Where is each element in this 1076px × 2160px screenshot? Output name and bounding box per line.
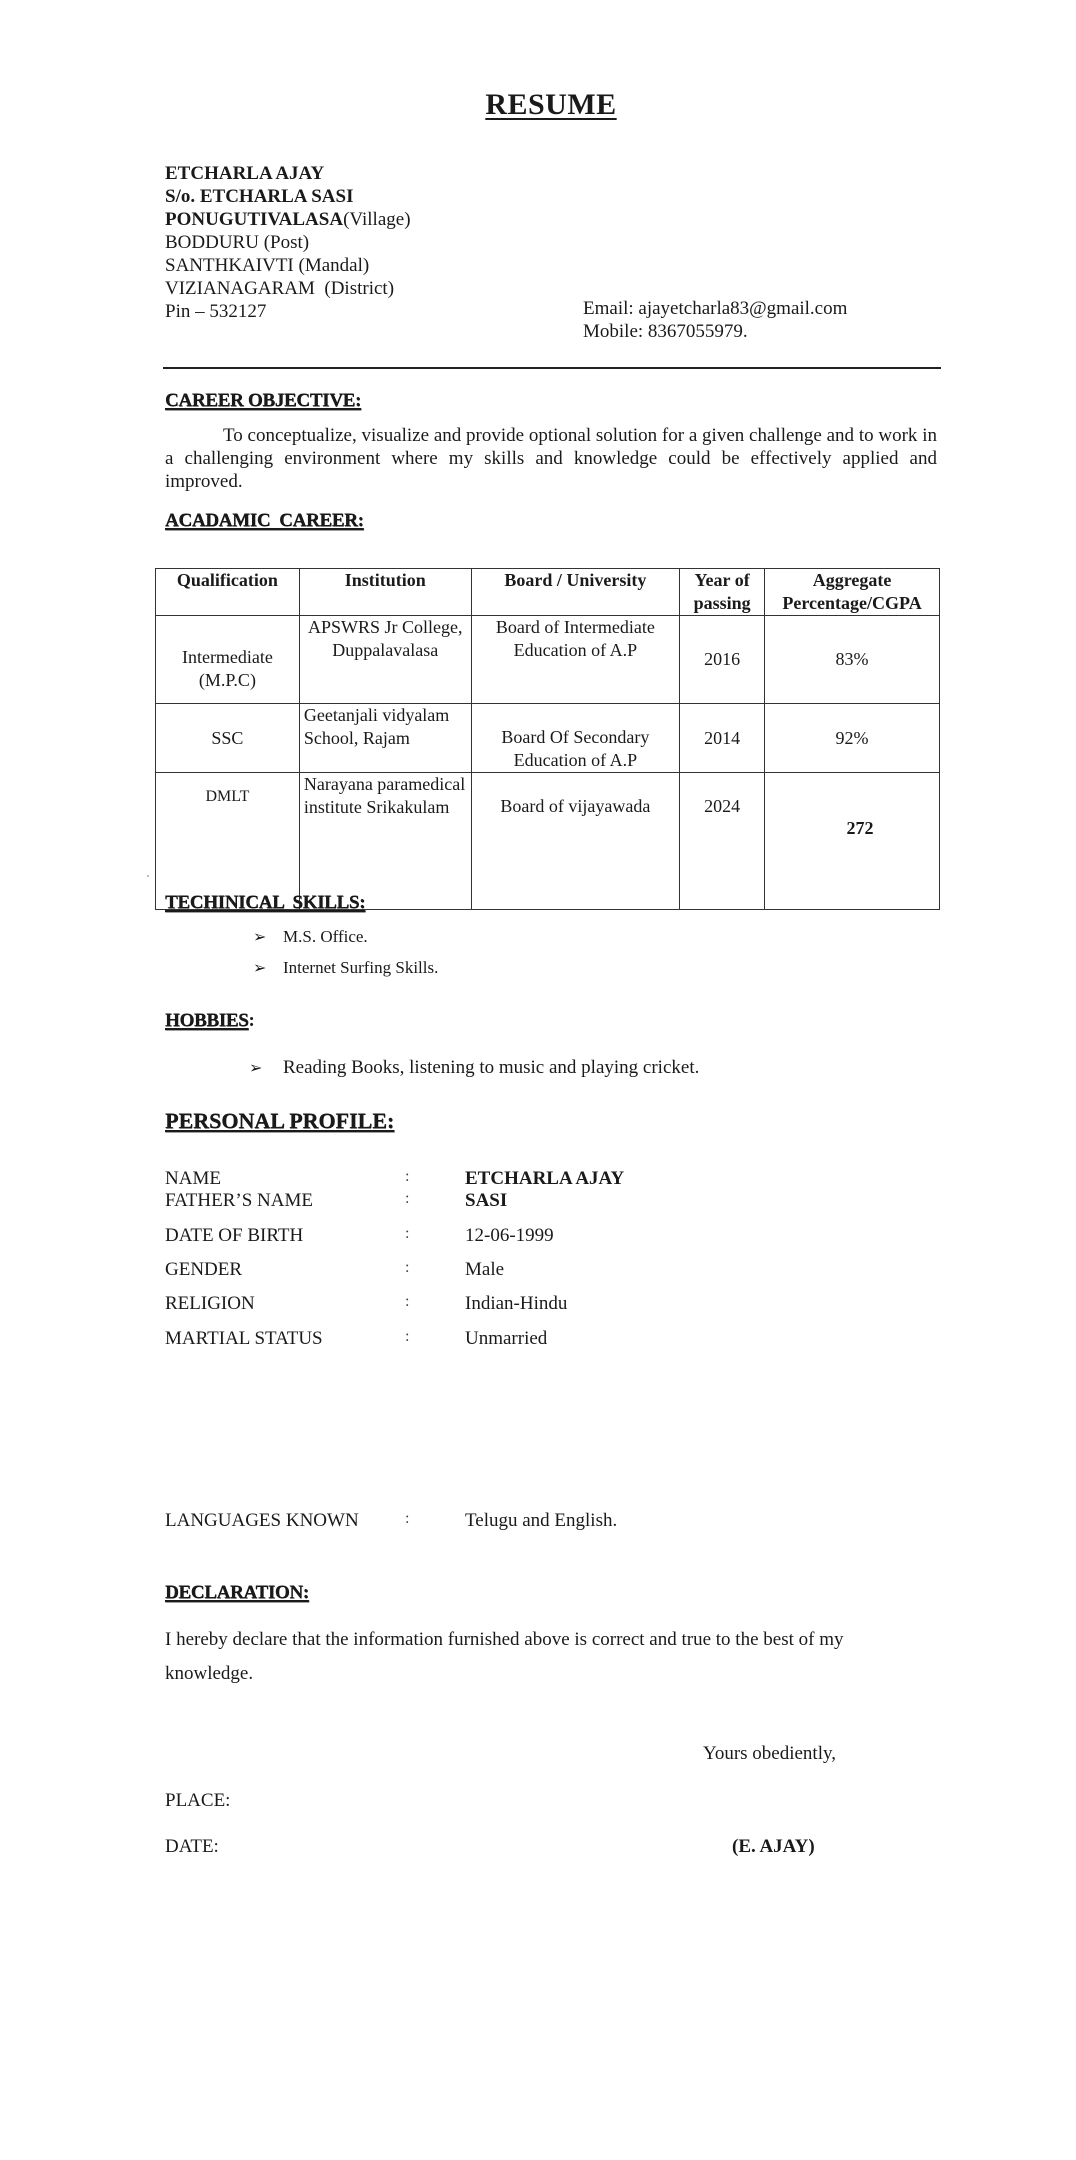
profile-row-languages: LANGUAGES KNOWN : Telugu and English. xyxy=(165,1510,617,1532)
contact-block: Email: ajayetcharla83@gmail.com Mobile: … xyxy=(583,297,847,343)
profile-row-name: NAME : ETCHARLA AJAY xyxy=(165,1168,624,1190)
field-label: MARTIAL STATUS xyxy=(165,1328,405,1350)
institution-cell: Narayana paramedical institute Srikakula… xyxy=(299,773,471,910)
qualification-cell: SSC xyxy=(156,704,300,773)
village-name: PONUGUTIVALASA xyxy=(165,209,343,230)
column-header: Aggregate Percentage/CGPA xyxy=(765,569,940,616)
field-label: NAME xyxy=(165,1168,405,1190)
arrow-bullet-icon: ➢ xyxy=(249,1058,283,1078)
column-header: Year of passing xyxy=(680,569,765,616)
year-cell: 2016 xyxy=(680,616,765,704)
date-label: DATE: xyxy=(165,1836,219,1858)
hobbies-heading: HOBBIES xyxy=(165,1010,248,1031)
table-row: DMLT Narayana paramedical institute Srik… xyxy=(156,773,940,910)
profile-row-father-name: FATHER’S NAME : SASI xyxy=(165,1190,507,1212)
pin-line: Pin – 532127 xyxy=(165,300,411,323)
field-value: Indian-Hindu xyxy=(465,1293,567,1315)
career-objective-text: To conceptualize, visualize and provide … xyxy=(165,424,937,493)
declaration-text-line2: knowledge. xyxy=(165,1663,253,1685)
father-name: S/o. ETCHARLA SASI xyxy=(165,185,411,208)
column-header: Institution xyxy=(299,569,471,616)
skill-text: Internet Surfing Skills. xyxy=(283,958,438,978)
field-label: RELIGION xyxy=(165,1293,405,1315)
signature-name: (E. AJAY) xyxy=(732,1836,815,1858)
board-cell: Board of vijayawada xyxy=(471,773,680,910)
mobile: Mobile: 8367055979. xyxy=(583,320,847,343)
declaration-heading: DECLARATION: xyxy=(165,1582,309,1604)
objective-body: To conceptualize, visualize and provide … xyxy=(165,425,937,492)
institution-cell: Geetanjali vidyalam School, Rajam xyxy=(299,704,471,773)
qualification-cell: DMLT xyxy=(156,773,300,910)
field-separator: : xyxy=(405,1510,465,1532)
technical-skills-list: ➢M.S. Office. ➢Internet Surfing Skills. xyxy=(253,921,438,983)
qualification-cell: Intermediate (M.P.C) xyxy=(156,616,300,704)
district-line: VIZIANAGARAM (District) xyxy=(165,277,411,300)
field-value: ETCHARLA AJAY xyxy=(465,1168,624,1190)
field-label: GENDER xyxy=(165,1259,405,1281)
field-separator: : xyxy=(405,1259,465,1281)
technical-skills-heading: TECHINICAL SKILLS: xyxy=(165,892,365,914)
village-line: PONUGUTIVALASA(Village) xyxy=(165,208,411,231)
year-cell: 2024 xyxy=(680,773,765,910)
board-cell: Board of Intermediate Education of A.P xyxy=(471,616,680,704)
aggregate-cell: 272 xyxy=(765,773,940,910)
field-value: Unmarried xyxy=(465,1328,547,1350)
column-header: Qualification xyxy=(156,569,300,616)
field-value: 12-06-1999 xyxy=(465,1225,554,1247)
field-value: SASI xyxy=(465,1190,507,1212)
page-title: RESUME xyxy=(0,88,1076,122)
table-header-row: Qualification Institution Board / Univer… xyxy=(156,569,940,616)
field-separator: : xyxy=(405,1168,465,1190)
post-line: BODDURU (Post) xyxy=(165,231,411,254)
profile-row-dob: DATE OF BIRTH : 12-06-1999 xyxy=(165,1225,554,1247)
profile-row-marital-status: MARTIAL STATUS : Unmarried xyxy=(165,1328,547,1350)
skill-text: M.S. Office. xyxy=(283,927,368,947)
address-block: ETCHARLA AJAY S/o. ETCHARLA SASI PONUGUT… xyxy=(165,162,411,323)
field-separator: : xyxy=(405,1225,465,1247)
column-header: Board / University xyxy=(471,569,680,616)
institution-cell: APSWRS Jr College, Duppalavalasa xyxy=(299,616,471,704)
village-suffix: (Village) xyxy=(343,209,410,230)
field-value: Telugu and English. xyxy=(465,1510,617,1532)
academic-career-heading: ACADAMIC CAREER: xyxy=(165,510,364,532)
year-cell: 2014 xyxy=(680,704,765,773)
list-item: ➢Reading Books, listening to music and p… xyxy=(249,1052,699,1083)
field-value: Male xyxy=(465,1259,504,1281)
field-separator: : xyxy=(405,1190,465,1212)
hobbies-list: ➢Reading Books, listening to music and p… xyxy=(249,1052,699,1083)
career-objective-heading: CAREER OBJECTIVE: xyxy=(165,390,361,412)
profile-row-gender: GENDER : Male xyxy=(165,1259,504,1281)
mandal-line: SANTHKAIVTI (Mandal) xyxy=(165,254,411,277)
stray-mark xyxy=(147,875,149,877)
closing-text: Yours obediently, xyxy=(703,1743,836,1765)
declaration-text-line1: I hereby declare that the information fu… xyxy=(165,1629,843,1651)
aggregate-cell: 92% xyxy=(765,704,940,773)
field-label: DATE OF BIRTH xyxy=(165,1225,405,1247)
table-row: Intermediate (M.P.C) APSWRS Jr College, … xyxy=(156,616,940,704)
table-row: SSC Geetanjali vidyalam School, Rajam Bo… xyxy=(156,704,940,773)
list-item: ➢Internet Surfing Skills. xyxy=(253,952,438,983)
arrow-bullet-icon: ➢ xyxy=(253,958,283,978)
academic-table: Qualification Institution Board / Univer… xyxy=(155,568,940,910)
profile-row-religion: RELIGION : Indian-Hindu xyxy=(165,1293,567,1315)
hobbies-heading-line: HOBBIES: xyxy=(165,1010,255,1032)
list-item: ➢M.S. Office. xyxy=(253,921,438,952)
header-divider xyxy=(163,367,941,369)
personal-profile-heading: PERSONAL PROFILE: xyxy=(165,1108,394,1134)
field-label: FATHER’S NAME xyxy=(165,1190,405,1212)
place-label: PLACE: xyxy=(165,1790,230,1812)
hobby-text: Reading Books, listening to music and pl… xyxy=(283,1057,699,1079)
hobbies-heading-colon: : xyxy=(248,1010,254,1031)
candidate-name: ETCHARLA AJAY xyxy=(165,162,411,185)
field-separator: : xyxy=(405,1328,465,1350)
aggregate-cell: 83% xyxy=(765,616,940,704)
field-label: LANGUAGES KNOWN xyxy=(165,1510,405,1532)
arrow-bullet-icon: ➢ xyxy=(253,927,283,947)
field-separator: : xyxy=(405,1293,465,1315)
email: Email: ajayetcharla83@gmail.com xyxy=(583,297,847,320)
board-cell: Board Of Secondary Education of A.P xyxy=(471,704,680,773)
